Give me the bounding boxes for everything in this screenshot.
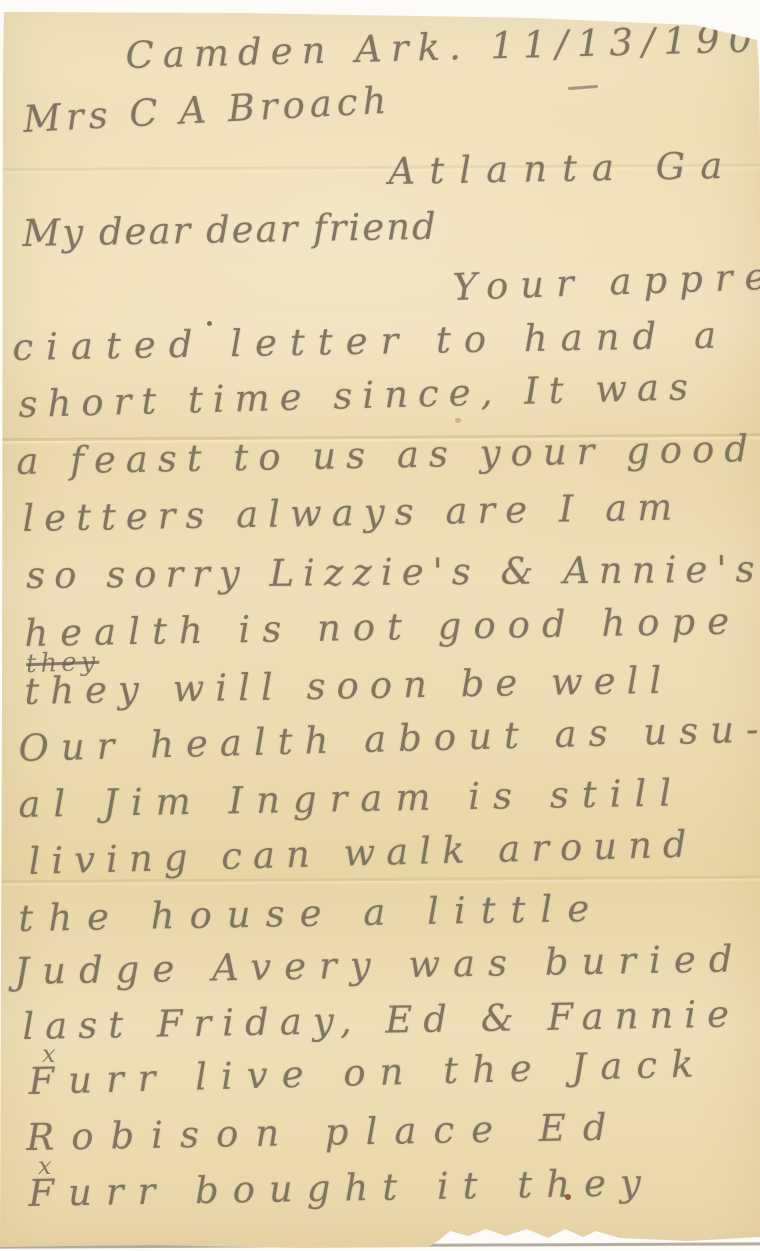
letter-body-line-8: they will soon be well (24, 659, 673, 713)
letter-body-line-1: Your appre (452, 255, 760, 309)
letter-body-line-9: Our health about as usu- (18, 707, 760, 770)
insert-x-mark: x (38, 1152, 52, 1180)
letter-body-line-16: Robison place Ed (26, 1106, 624, 1159)
letter-body-line-14: last Friday, Ed & Fannie (22, 992, 740, 1048)
letter-body-line-12: the house a little (18, 887, 605, 940)
paper-stain-speck (455, 418, 461, 423)
letter-body-line-7: health is not good hope (24, 599, 741, 655)
letter-body-line-10: al Jim Ingram is still (18, 771, 684, 826)
rust-stain-speck (565, 1194, 571, 1200)
letter-body-line-15: Furr live on the Jack (28, 1042, 708, 1103)
letter-body-line-17: Furr bought it they (28, 1161, 655, 1215)
letter-paper: Camden Ark. 11/13/1904 Mrs C A Broach At… (0, 0, 760, 1251)
ink-speck (207, 321, 212, 326)
letter-body-line-11: living can walk around (28, 822, 698, 883)
letter-body-line-2: ciated letter to hand a (12, 313, 729, 369)
letter-body-line-6: so sorry Lizzie's & Annie's (26, 548, 760, 597)
letter-body-line-3: short time since, It was (18, 365, 699, 426)
letter-city-line: Atlanta Ga (388, 144, 738, 193)
letter-dateline: Camden Ark. 11/13/1904 (125, 17, 760, 77)
insert-x-mark: x (42, 1040, 56, 1068)
letter-recipient-line: Mrs C A Broach (22, 79, 392, 141)
struck-out-word: they (25, 647, 99, 680)
letter-body-line-5: letters always are I am (22, 485, 683, 540)
letter-body-line-13: Judge Avery was buried (14, 937, 746, 993)
date-underline-mark (568, 85, 598, 90)
scanned-letter-page: Camden Ark. 11/13/1904 Mrs C A Broach At… (0, 0, 760, 1251)
letter-body-line-4: a feast to us as your good (16, 427, 758, 483)
letter-salutation-line: My dear dear friend (22, 205, 438, 255)
